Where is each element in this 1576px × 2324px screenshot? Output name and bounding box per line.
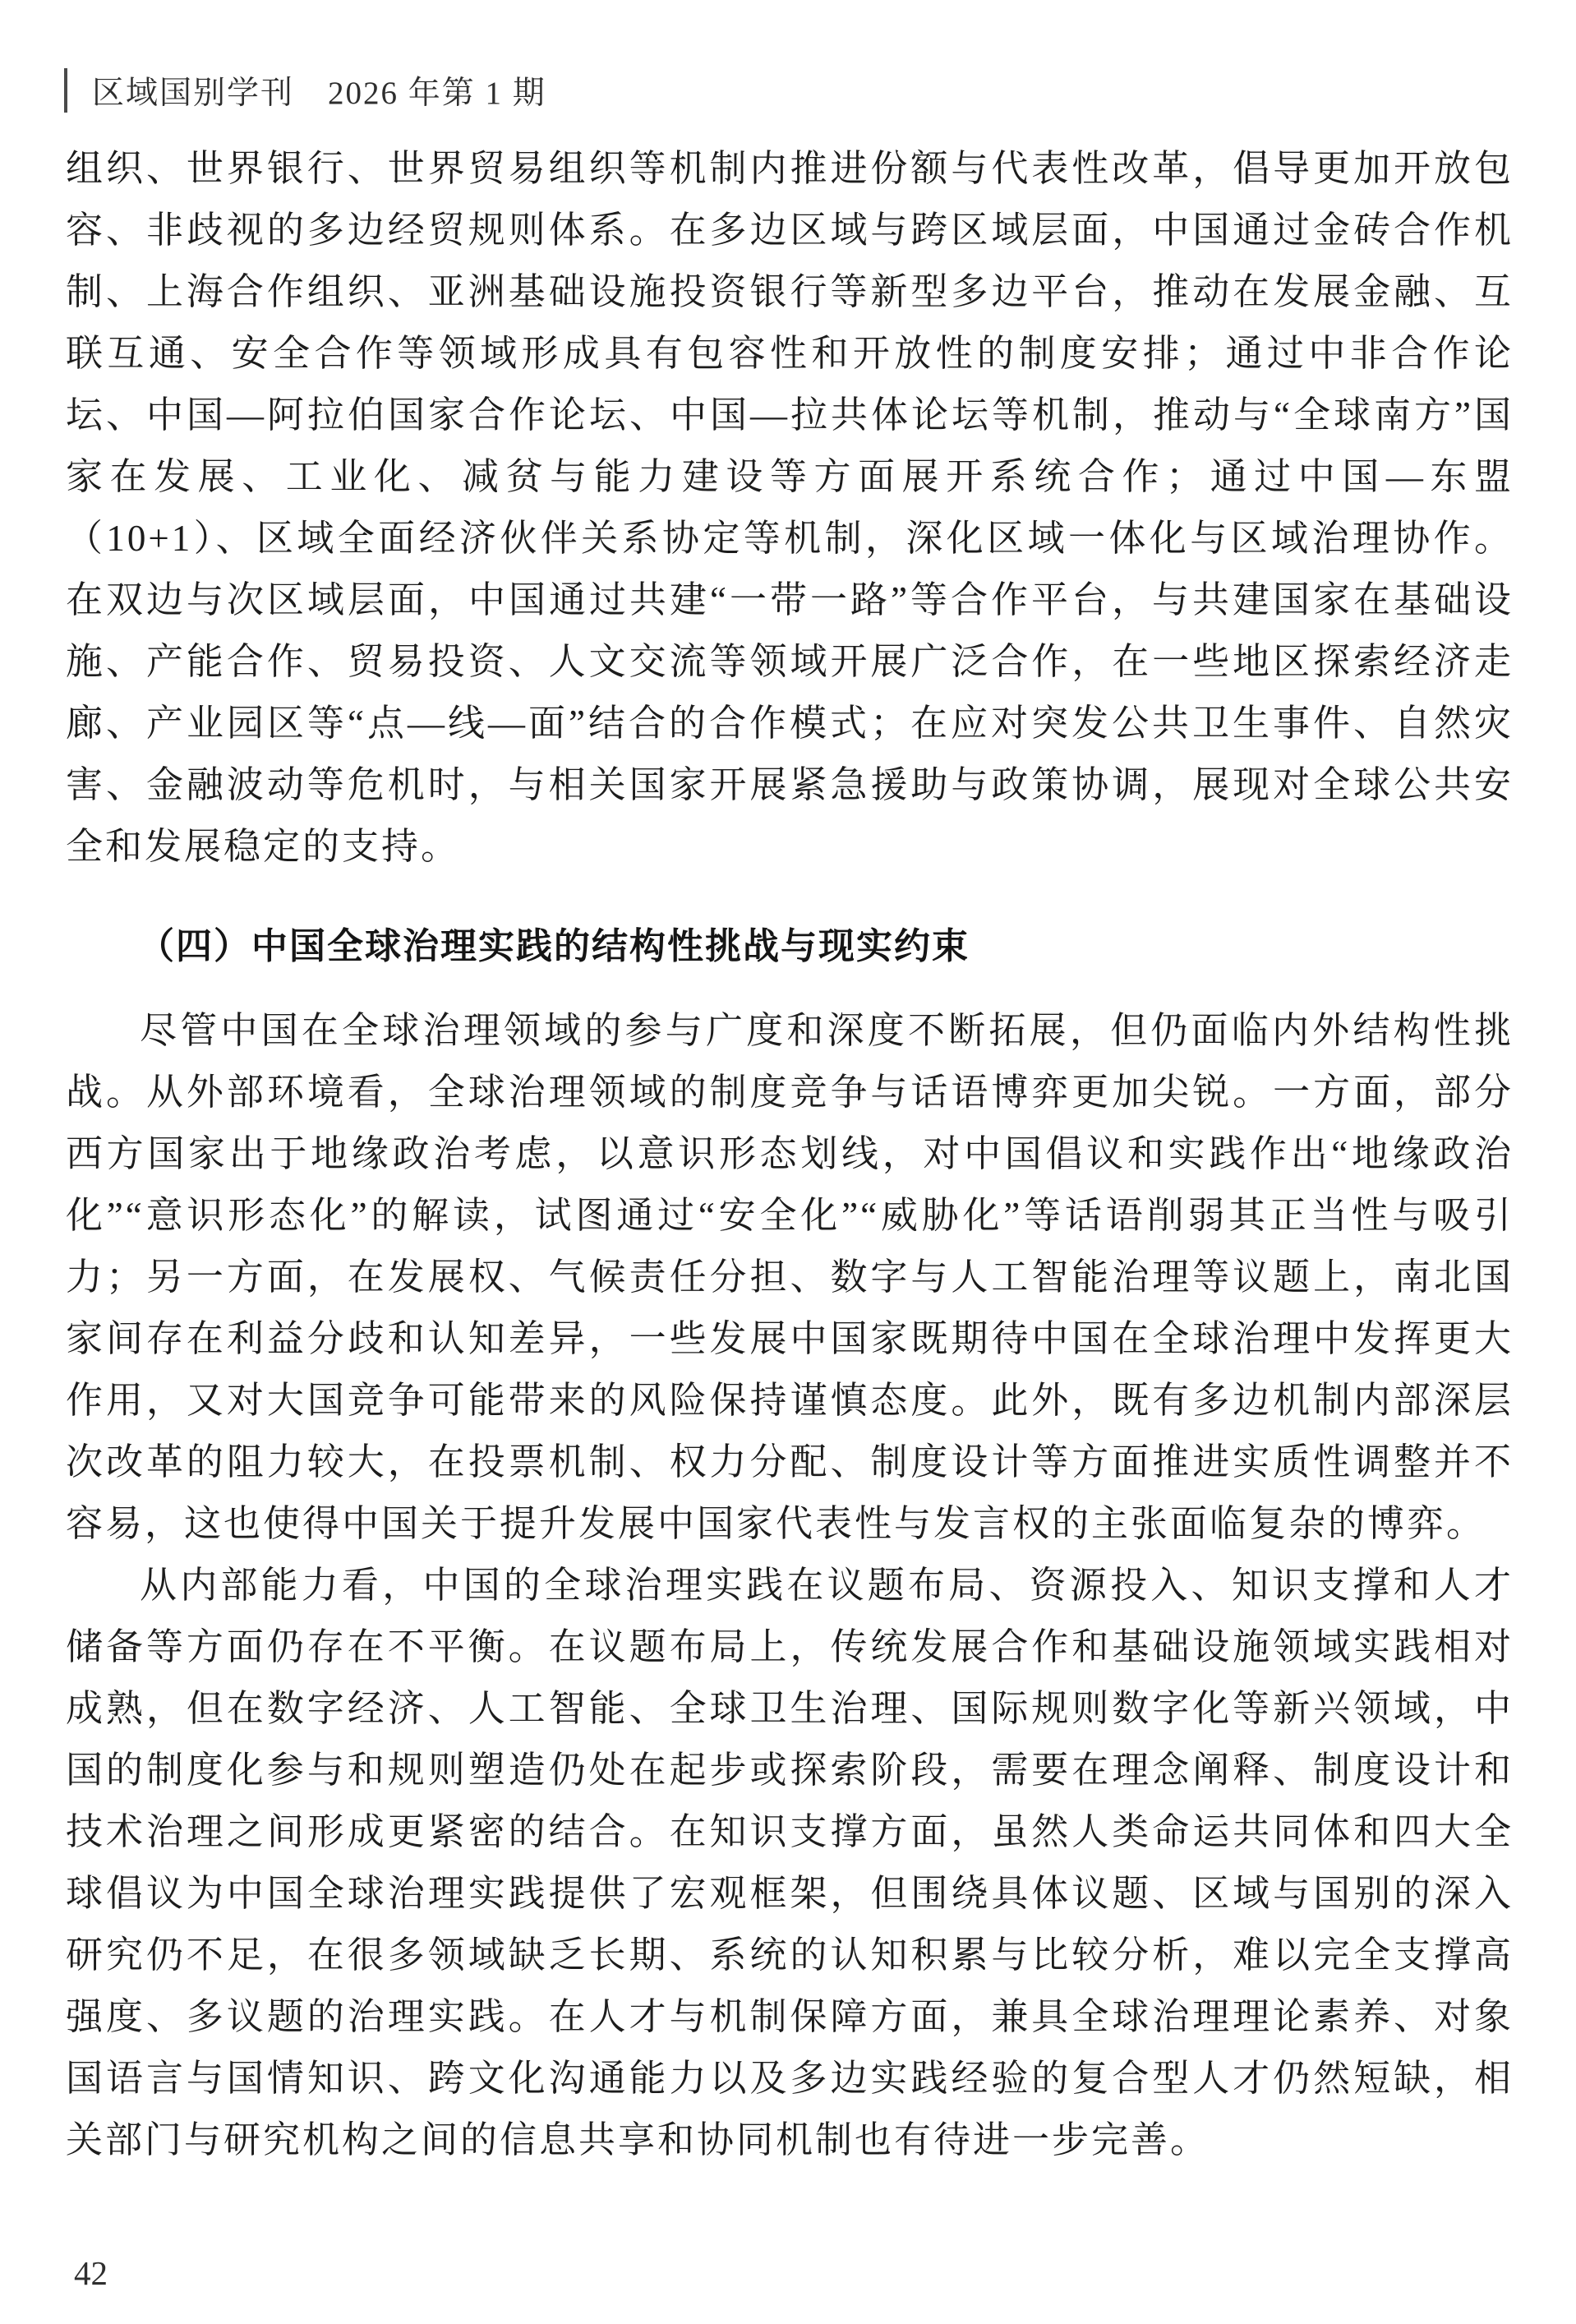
body-paragraph-continuation: 组织、世界银行、世界贸易组织等机制内推进份额与代表性改革，倡导更加开放包容、非歧… (66, 138, 1514, 878)
body-paragraph-internal-capacity: 从内部能力看，中国的全球治理实践在议题布局、资源投入、知识支撑和人才储备等方面仍… (66, 1555, 1514, 2171)
section-heading: （四）中国全球治理实践的结构性挑战与现实约束 (66, 915, 1514, 977)
journal-page: 区域国别学刊 2026 年第 1 期 组织、世界银行、世界贸易组织等机制内推进份… (0, 0, 1576, 2324)
header-rule-bar (64, 68, 67, 113)
body-paragraph-external-challenges: 尽管中国在全球治理领域的参与广度和深度不断拓展，但仍面临内外结构性挑战。从外部环… (66, 1000, 1514, 1555)
page-number: 42 (74, 2253, 108, 2293)
journal-issue-label: 区域国别学刊 2026 年第 1 期 (92, 67, 546, 113)
page-body: 组织、世界银行、世界贸易组织等机制内推进份额与代表性改革，倡导更加开放包容、非歧… (66, 138, 1514, 2171)
running-head: 区域国别学刊 2026 年第 1 期 (64, 67, 546, 113)
